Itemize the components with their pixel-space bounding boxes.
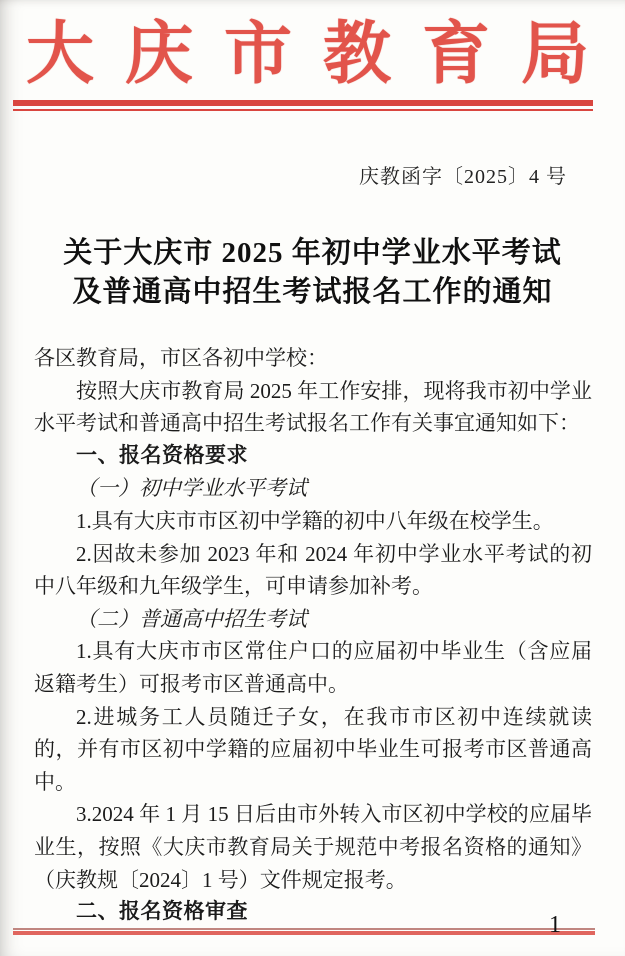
paragraph: 一、报名资格要求 <box>34 440 592 473</box>
paragraph: 2.因故未参加 2023 年和 2024 年初中学业水平考试的初中八年级和九年级… <box>34 538 592 603</box>
paragraph: 2.进城务工人员随迁子女，在我市市区初中连续就读的，并有市区初中学籍的应届初中毕… <box>34 701 592 799</box>
document-title-line1: 关于大庆市 2025 年初中学业水平考试 <box>0 234 625 273</box>
document-reference-number: 庆教函字〔2025〕4 号 <box>359 160 567 189</box>
document-body: 各区教育局，市区各初中学校：按照大庆市教育局 2025 年工作安排，现将我市初中… <box>34 342 592 929</box>
paragraph: 3.2024 年 1 月 15 日后由市外转入市区初中学校的应届毕业生，按照《大… <box>34 798 592 896</box>
paragraph: 1.具有大庆市市区初中学籍的初中八年级在校学生。 <box>34 505 592 538</box>
paragraph: 1.具有大庆市市区常住户口的应届初中毕业生（含应届返籍考生）可报考市区普通高中。 <box>34 635 592 700</box>
document-title-line2: 及普通高中招生考试报名工作的通知 <box>0 273 625 312</box>
paragraph: 各区教育局，市区各初中学校： <box>34 342 592 375</box>
document-title: 关于大庆市 2025 年初中学业水平考试 及普通高中招生考试报名工作的通知 <box>0 234 625 312</box>
letterhead-agency-title: 大庆市教育局 <box>26 8 620 100</box>
paragraph: （一）初中学业水平考试 <box>34 472 592 505</box>
paragraph: 按照大庆市教育局 2025 年工作安排，现将我市初中学业水平考试和普通高中招生考… <box>34 375 592 440</box>
letterhead-double-rule <box>13 100 593 111</box>
paragraph: （二）普通高中招生考试 <box>34 603 592 636</box>
paragraph: 二、报名资格审查 <box>34 896 592 929</box>
scanned-document-page: 大庆市教育局 庆教函字〔2025〕4 号 关于大庆市 2025 年初中学业水平考… <box>0 0 625 956</box>
page-number: 1 <box>549 910 561 940</box>
footer-rule <box>13 928 595 935</box>
